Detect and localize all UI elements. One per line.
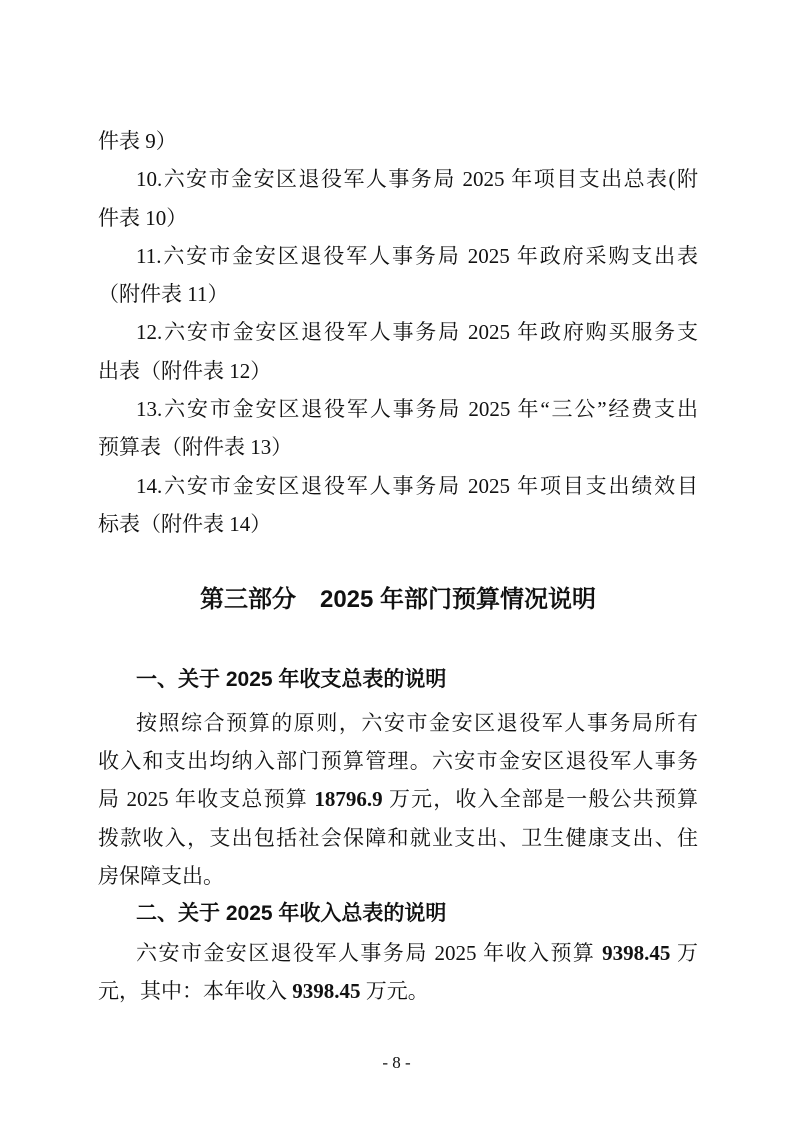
- text-segment: 局 2025 年收支总预算: [98, 787, 314, 811]
- attachment-item-line: 13.六安市金安区退役军人事务局 2025 年“三公”经费支出: [98, 390, 698, 428]
- current-year-income-amount: 9398.45: [292, 979, 360, 1003]
- subsection-title-1: 一、关于 2025 年收支总表的说明: [98, 661, 698, 699]
- attachment-item-line: 14.六安市金安区退役军人事务局 2025 年项目支出绩效目: [98, 467, 698, 505]
- attachment-item-line: 12.六安市金安区退役军人事务局 2025 年政府购买服务支: [98, 313, 698, 351]
- income-budget-amount: 9398.45: [602, 941, 670, 965]
- paragraph-line: 元，其中：本年收入 9398.45 万元。: [98, 972, 698, 1010]
- paragraph-line: 房保障支出。: [98, 857, 698, 895]
- paragraph-line: 拨款收入，支出包括社会保障和就业支出、卫生健康支出、住: [98, 819, 698, 857]
- attachment-item-line: 件表 10）: [98, 199, 698, 237]
- subsection-title-2: 二、关于 2025 年收入总表的说明: [98, 895, 698, 933]
- total-budget-amount: 18796.9: [314, 787, 382, 811]
- paragraph-line: 按照综合预算的原则，六安市金安区退役军人事务局所有: [98, 704, 698, 742]
- text-segment: 万元。: [361, 979, 429, 1003]
- paragraph-line: 局 2025 年收支总预算 18796.9 万元，收入全部是一般公共预算: [98, 780, 698, 818]
- attachment-item-line: 出表（附件表 12）: [98, 352, 698, 390]
- text-segment: 元，其中：本年收入: [98, 979, 292, 1003]
- text-segment: 万元，收入全部是一般公共预算: [383, 787, 698, 811]
- attachment-item-line: 10.六安市金安区退役军人事务局 2025 年项目支出总表(附: [98, 160, 698, 198]
- document-page-content: 件表 9） 10.六安市金安区退役军人事务局 2025 年项目支出总表(附 件表…: [98, 122, 698, 1010]
- paragraph-line: 收入和支出均纳入部门预算管理。六安市金安区退役军人事务: [98, 742, 698, 780]
- attachment-item-line: 件表 9）: [98, 122, 698, 160]
- section-heading: 第三部分 2025 年部门预算情况说明: [98, 581, 698, 619]
- text-segment: 万: [670, 941, 698, 965]
- attachment-item-line: 预算表（附件表 13）: [98, 428, 698, 466]
- attachment-item-line: 11.六安市金安区退役军人事务局 2025 年政府采购支出表: [98, 237, 698, 275]
- page-number: - 8 -: [0, 1052, 793, 1074]
- paragraph-line: 六安市金安区退役军人事务局 2025 年收入预算 9398.45 万: [98, 934, 698, 972]
- attachment-item-line: （附件表 11）: [98, 275, 698, 313]
- attachment-item-line: 标表（附件表 14）: [98, 505, 698, 543]
- text-segment: 六安市金安区退役军人事务局 2025 年收入预算: [136, 941, 602, 965]
